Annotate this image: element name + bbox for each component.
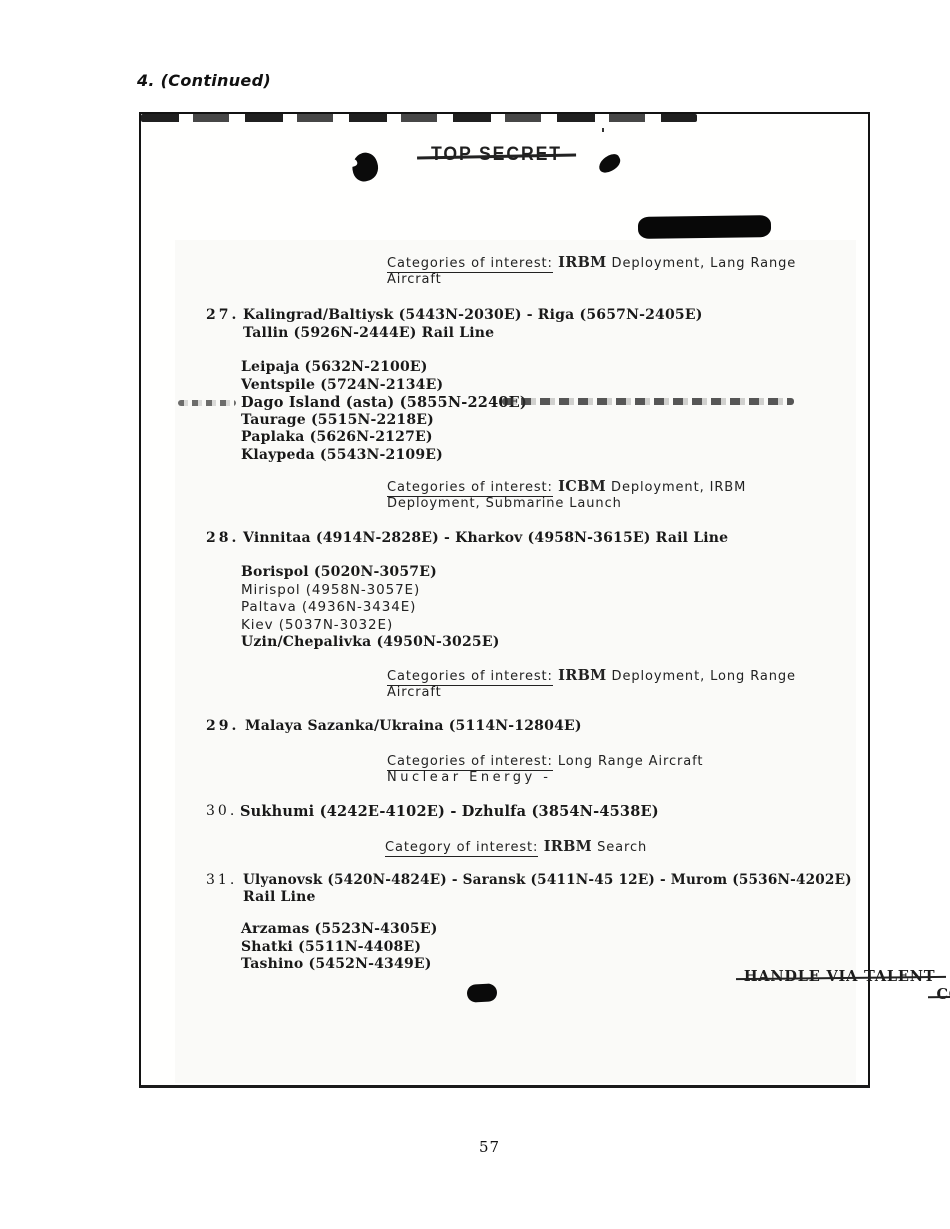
- site-line: Leipaja (5632N-2100E): [241, 359, 527, 377]
- site-line: Paltava (4936N-3434E): [241, 599, 500, 617]
- intro-categories-line2: Aircraft: [387, 272, 442, 287]
- site-line: Dago Island (asta) (5855N-2240E): [241, 394, 527, 412]
- top-edge-smudge: [141, 114, 697, 122]
- ink-blob-bottom: [467, 983, 498, 1003]
- entry-27-site-list: Leipaja (5632N-2100E) Ventspile (5724N-2…: [241, 359, 527, 465]
- site-line: Paplaka (5626N-2127E): [241, 429, 527, 447]
- ink-dot: [602, 128, 604, 132]
- site-line: Uzin/Chepalivka (4950N-3025E): [241, 634, 500, 652]
- categories-label: Categories of interest:: [387, 669, 553, 686]
- entry-31-title-line2: Rail Line: [243, 889, 316, 905]
- category-label: Category of interest:: [385, 840, 538, 857]
- scanned-document-page: { "colors": { "paper": "#ffffff", "ink":…: [0, 0, 950, 1229]
- categories-label: Categories of interest:: [387, 480, 553, 497]
- handling-caveat-line1: HANDLE VIA TALENT: [744, 968, 936, 985]
- continuation-label: 4. (Continued): [137, 71, 271, 90]
- entry-30-title-line1: Sukhumi (4242E-4102E) - Dzhulfa (3854N-4…: [240, 803, 659, 820]
- site-line: Tashino (5452N-4349E): [241, 956, 438, 974]
- entry-27-title-line2: Tallin (5926N-2444E) Rail Line: [243, 325, 494, 341]
- entry-29-categories-line2: Nuclear Energy -: [387, 770, 552, 785]
- top-secret-stamp-top: TOP SECRET: [431, 144, 562, 166]
- entry-28-site-list: Borispol (5020N-3057E) Mirispol (4958N-3…: [241, 564, 500, 652]
- entry-29-title-line1: Malaya Sazanka/Ukraina (5114N-12804E): [245, 718, 582, 734]
- site-line: Mirispol (4958N-3057E): [241, 582, 500, 600]
- entry-27-categories-line2: Deployment, Submarine Launch: [387, 496, 622, 511]
- categories-label: Categories of interest:: [387, 754, 553, 771]
- site-line: Ventspile (5724N-2134E): [241, 377, 527, 395]
- entry-27-title-line1: Kalingrad/Baltiysk (5443N-2030E) - Riga …: [243, 307, 703, 323]
- categories-label: Categories of interest:: [387, 256, 553, 273]
- handling-caveat-line2: CONTROL SYSTEM ONLY: [936, 986, 950, 1003]
- entry-28-title-line1: Vinnitaa (4914N-2828E) - Kharkov (4958N-…: [243, 530, 728, 546]
- entry-31-title-line1: Ulyanovsk (5420N-4824E) - Saransk (5411N…: [243, 872, 852, 888]
- entry-29-number: 29.: [206, 718, 239, 734]
- entry-28-number: 28.: [206, 530, 239, 546]
- smudge-trail-right: [502, 398, 794, 405]
- page-number: 57: [479, 1138, 500, 1156]
- entry-29-categories-line1: Categories of interest: Long Range Aircr…: [387, 752, 703, 769]
- site-line: Kiev (5037N-3032E): [241, 617, 500, 635]
- entry-28-categories-line1: Categories of interest: IRBM Deployment,…: [387, 667, 796, 684]
- intro-categories-line1: Categories of interest: IRBM Deployment,…: [387, 254, 796, 271]
- entry-27-number: 27.: [206, 307, 239, 323]
- entry-27-categories-line1: Categories of interest: ICBM Deployment,…: [387, 478, 746, 495]
- entry-30-category-line1: Category of interest: IRBM Search: [385, 838, 647, 855]
- entry-31-number: 31.: [206, 872, 237, 888]
- site-line: Taurage (5515N-2218E): [241, 412, 527, 430]
- site-line: Shatki (5511N-4408E): [241, 939, 438, 957]
- entry-28-categories-line2: Aircraft: [387, 685, 442, 700]
- site-line: Klaypeda (5543N-2109E): [241, 447, 527, 465]
- entry-30-number: 30.: [206, 803, 237, 819]
- smudge-trail-left: [178, 400, 236, 406]
- redaction-bar: [638, 215, 771, 239]
- entry-31-site-list: Arzamas (5523N-4305E) Shatki (5511N-4408…: [241, 921, 438, 974]
- site-line: Arzamas (5523N-4305E): [241, 921, 438, 939]
- site-line: Borispol (5020N-3057E): [241, 564, 500, 582]
